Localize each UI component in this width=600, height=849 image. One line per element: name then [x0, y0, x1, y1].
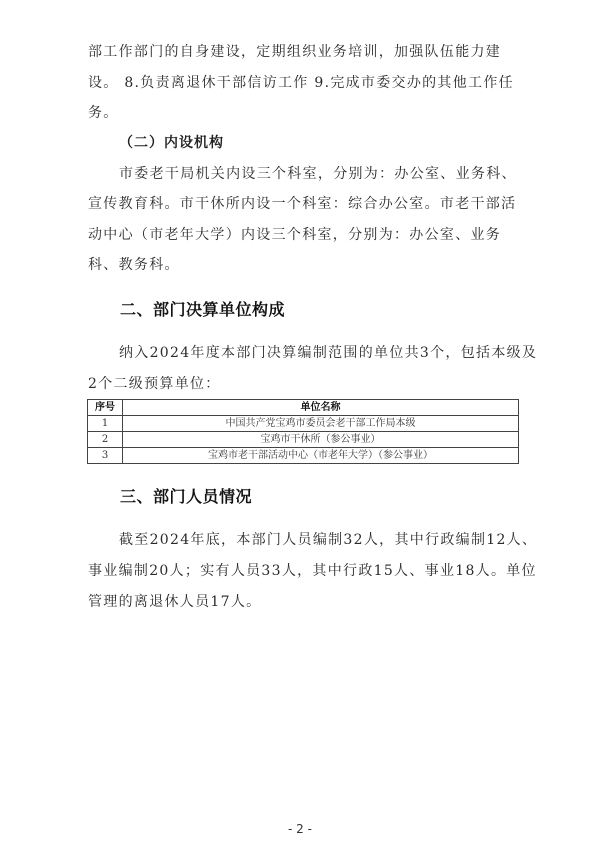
units-table: 序号 单位名称 1 中国共产党宝鸡市委员会老干部工作局本级 2 宝鸡市干休所（参…	[87, 399, 519, 464]
paragraph-line: 截至2024年底，本部门人员编制32人，其中行政编制12人、	[119, 530, 559, 550]
cell-unit-name: 宝鸡市老干部活动中心（市老年大学）（参公事业）	[123, 448, 519, 464]
section-heading-units: 二、部门决算单位构成	[120, 299, 285, 321]
paragraph-line: 事业编制20人；实有人员33人，其中行政15人、事业18人。单位	[88, 561, 528, 581]
paragraph-line: 务。	[88, 103, 528, 123]
paragraph-line: 动中心（市老年大学）内设三个科室，分别为：办公室、业务	[88, 225, 528, 245]
paragraph-line: 设。 8.负责离退休干部信访工作 9.完成市委交办的其他工作任	[88, 73, 528, 93]
page-number: - 2 -	[0, 822, 600, 836]
column-header-index: 序号	[88, 400, 123, 416]
cell-unit-name: 中国共产党宝鸡市委员会老干部工作局本级	[123, 416, 519, 432]
paragraph-line: 纳入2024年度本部门决算编制范围的单位共3个，包括本级及	[119, 343, 559, 363]
table-row: 2 宝鸡市干休所（参公事业）	[88, 432, 519, 448]
subheading-internal-structure: （二）内设机构	[119, 133, 224, 153]
cell-index: 3	[88, 448, 123, 464]
table-row: 3 宝鸡市老干部活动中心（市老年大学）（参公事业）	[88, 448, 519, 464]
paragraph-line: 2个二级预算单位：	[88, 374, 528, 394]
paragraph-line: 科、教务科。	[88, 255, 528, 275]
cell-index: 1	[88, 416, 123, 432]
table-header-row: 序号 单位名称	[88, 400, 519, 416]
cell-index: 2	[88, 432, 123, 448]
paragraph-line: 宣传教育科。市干休所内设一个科室：综合办公室。市老干部活	[88, 194, 528, 214]
section-heading-personnel: 三、部门人员情况	[120, 486, 252, 508]
column-header-unit-name: 单位名称	[123, 400, 519, 416]
paragraph-line: 部工作部门的自身建设，定期组织业务培训，加强队伍能力建	[88, 42, 528, 62]
paragraph-line: 市委老干局机关内设三个科室，分别为：办公室、业务科、	[119, 164, 559, 184]
table-row: 1 中国共产党宝鸡市委员会老干部工作局本级	[88, 416, 519, 432]
cell-unit-name: 宝鸡市干休所（参公事业）	[123, 432, 519, 448]
paragraph-line: 管理的离退休人员17人。	[88, 592, 528, 612]
document-page: 部工作部门的自身建设，定期组织业务培训，加强队伍能力建 设。 8.负责离退休干部…	[0, 0, 600, 849]
